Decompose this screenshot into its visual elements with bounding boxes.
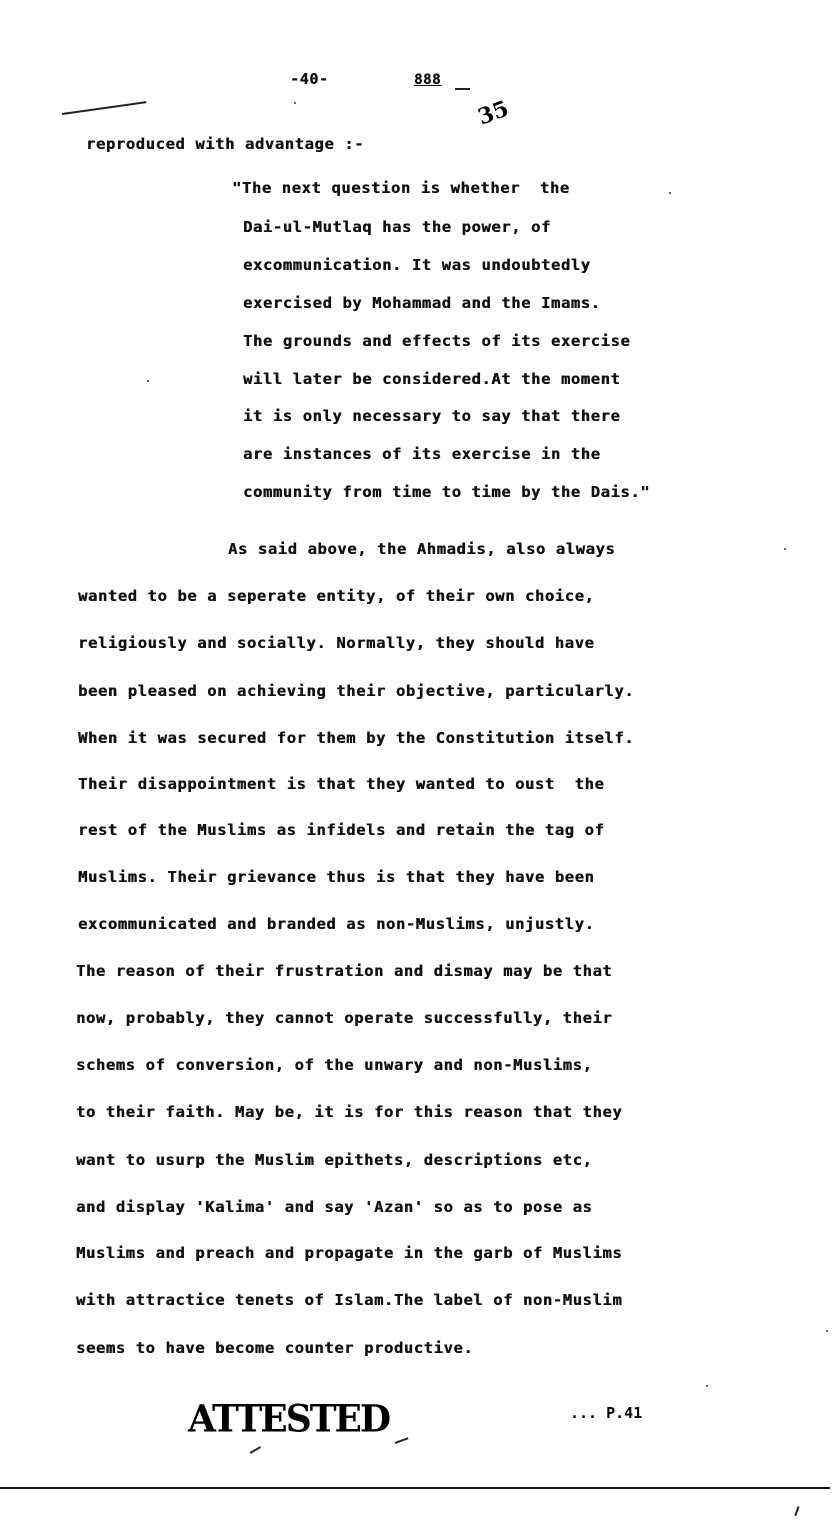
pen-stroke bbox=[250, 1446, 261, 1453]
speck bbox=[669, 192, 671, 194]
body-line: rest of the Muslims as infidels and reta… bbox=[78, 821, 604, 839]
pen-stroke bbox=[62, 101, 146, 114]
body-line: seems to have become counter productive. bbox=[76, 1339, 473, 1357]
continuation-marker: ... P.41 bbox=[570, 1404, 642, 1422]
quote-line: exercised by Mohammad and the Imams. bbox=[243, 294, 601, 312]
body-line: excommunicated and branded as non-Muslim… bbox=[78, 915, 594, 933]
speck bbox=[706, 1385, 708, 1387]
speck bbox=[826, 1330, 828, 1332]
body-line: The reason of their frustration and dism… bbox=[76, 962, 612, 980]
pen-stroke bbox=[794, 1506, 799, 1516]
body-line: Muslims and preach and propagate in the … bbox=[76, 1244, 622, 1262]
speck bbox=[784, 548, 786, 550]
body-line: with attractice tenets of Islam.The labe… bbox=[76, 1291, 622, 1309]
body-line: been pleased on achieving their objectiv… bbox=[78, 682, 634, 700]
quote-line: The grounds and effects of its exercise bbox=[243, 332, 630, 350]
page-number: -40- bbox=[290, 70, 329, 88]
speck bbox=[294, 102, 296, 104]
page-bottom-rule bbox=[0, 1487, 830, 1489]
body-line: As said above, the Ahmadis, also always bbox=[228, 540, 615, 558]
body-line: Their disappointment is that they wanted… bbox=[78, 775, 604, 793]
document-page: -40- 888 35 reproduced with advantage :-… bbox=[0, 0, 840, 1540]
quote-line: Dai-ul-Mutlaq has the power, of bbox=[243, 218, 551, 236]
body-line: When it was secured for them by the Cons… bbox=[78, 729, 634, 747]
speck bbox=[147, 380, 149, 382]
quote-line: excommunication. It was undoubtedly bbox=[243, 256, 591, 274]
handwritten-mark: 35 bbox=[474, 96, 512, 131]
quote-line: are instances of its exercise in the bbox=[243, 445, 601, 463]
quote-line: will later be considered.At the moment bbox=[243, 370, 620, 388]
body-line: now, probably, they cannot operate succe… bbox=[76, 1009, 612, 1027]
stamp-number: 888 bbox=[414, 72, 441, 88]
body-line: schems of conversion, of the unwary and … bbox=[76, 1056, 592, 1074]
pen-stroke bbox=[395, 1437, 409, 1443]
body-line: to their faith. May be, it is for this r… bbox=[76, 1103, 622, 1121]
body-line: and display 'Kalima' and say 'Azan' so a… bbox=[76, 1198, 592, 1216]
attested-stamp: ATTESTED bbox=[188, 1397, 389, 1441]
body-line: want to usurp the Muslim epithets, descr… bbox=[76, 1151, 592, 1169]
pen-stroke bbox=[455, 88, 470, 90]
intro-line: reproduced with advantage :- bbox=[86, 135, 364, 153]
body-line: wanted to be a seperate entity, of their… bbox=[78, 587, 594, 605]
quote-line: it is only necessary to say that there bbox=[243, 407, 620, 425]
quote-line: community from time to time by the Dais.… bbox=[243, 483, 650, 501]
body-line: Muslims. Their grievance thus is that th… bbox=[78, 868, 594, 886]
quote-line: "The next question is whether the bbox=[232, 179, 570, 197]
body-line: religiously and socially. Normally, they… bbox=[78, 634, 594, 652]
